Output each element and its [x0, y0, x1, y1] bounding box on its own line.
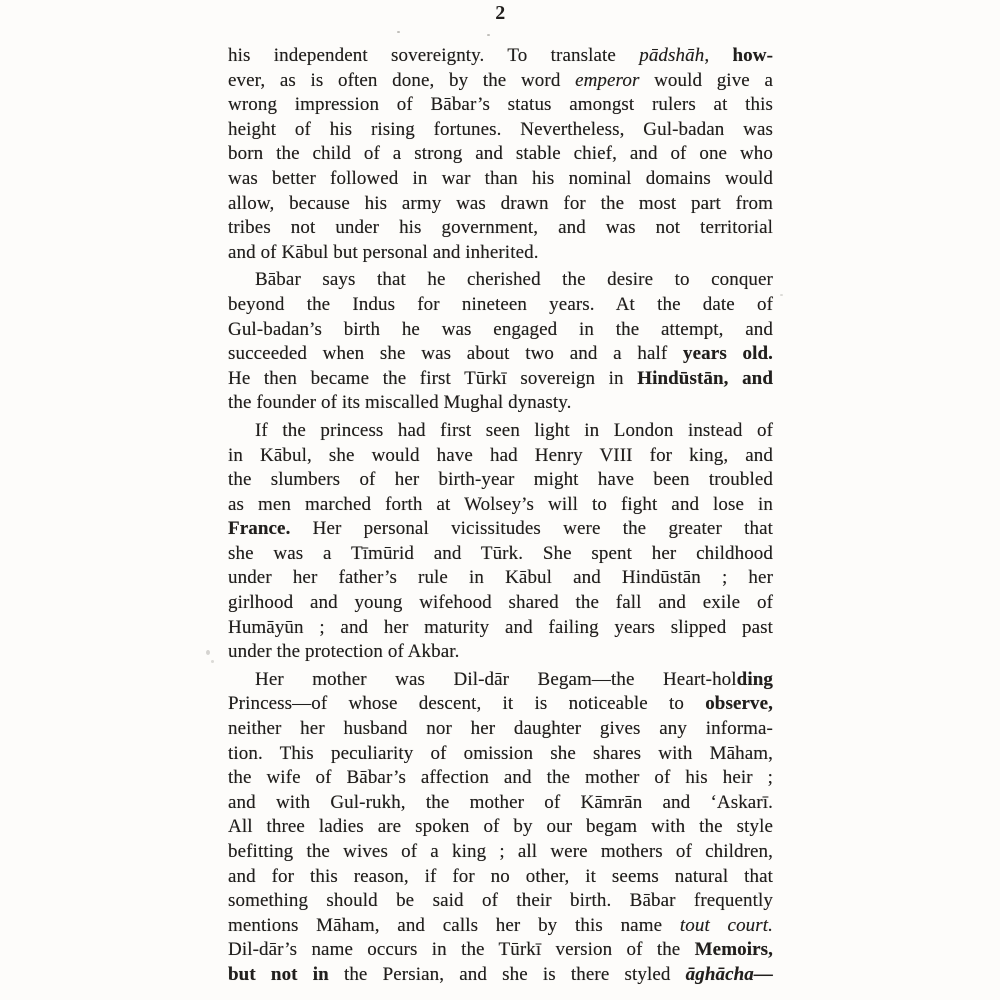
text-segment: the Persian, and she is there styled	[329, 964, 686, 985]
text-segment: Gul-badan’s birth he was engaged in the …	[228, 319, 773, 340]
text-segment: tribes not under his government, and was…	[228, 217, 773, 238]
scan-smudge	[211, 660, 214, 663]
scan-speck	[780, 294, 783, 296]
text-line: neither her husband nor her daughter giv…	[228, 717, 773, 742]
text-line: something should be said of their birth.…	[228, 889, 773, 914]
text-line: tion. This peculiarity of omission she s…	[228, 742, 773, 767]
text-segment: the wife of Bābar’s affection and the mo…	[228, 767, 773, 788]
text-segment: Bābar says that he cherished the desire …	[255, 269, 773, 290]
text-line: and of Kābul but personal and inherited.	[228, 241, 773, 266]
text-line: beyond the Indus for nineteen years. At …	[228, 293, 773, 318]
text-segment: Humāyūn ; and her maturity and failing y…	[228, 617, 773, 638]
text-segment: Princess—of whose descent, it is noticea…	[228, 693, 705, 714]
text-segment: āghācha—	[686, 964, 773, 985]
text-segment: Dil-dār’s name occurs in the Tūrkī versi…	[228, 939, 695, 960]
text-segment: in Kābul, she would have had Henry VIII …	[228, 445, 773, 466]
text-line: and with Gul-rukh, the mother of Kāmrān …	[228, 791, 773, 816]
text-segment: All three ladies are spoken of by our be…	[228, 816, 773, 837]
text-segment: ,	[704, 45, 732, 66]
text-segment: was better followed in war than his nomi…	[228, 168, 773, 189]
scan-smudge	[206, 650, 210, 655]
text-line: Her mother was Dil-dār Begam—the Heart-h…	[228, 668, 773, 693]
text-segment: France.	[228, 518, 290, 539]
text-line: height of his rising fortunes. Neverthel…	[228, 118, 773, 143]
page-number: 2	[228, 2, 773, 25]
paragraph: Bābar says that he cherished the desire …	[228, 268, 773, 416]
text-line: All three ladies are spoken of by our be…	[228, 815, 773, 840]
text-line: Bābar says that he cherished the desire …	[228, 268, 773, 293]
text-line: under her father’s rule in Kābul and Hin…	[228, 566, 773, 591]
text-segment: his independent sovereignty. To translat…	[228, 45, 639, 66]
text-line: France. Her personal vicissitudes were t…	[228, 517, 773, 542]
book-page: 2 his independent sovereignty. To transl…	[0, 0, 1000, 1000]
text-line: Dil-dār’s name occurs in the Tūrkī versi…	[228, 938, 773, 963]
text-segment: befitting the wives of a king ; all were…	[228, 841, 773, 862]
text-segment: and of Kābul but personal and inherited.	[228, 242, 539, 263]
text-segment: something should be said of their birth.…	[228, 890, 773, 911]
text-line: ever, as is often done, by the word empe…	[228, 69, 773, 94]
text-line: Princess—of whose descent, it is noticea…	[228, 692, 773, 717]
text-line: mentions Māham, and calls her by this na…	[228, 914, 773, 939]
text-segment: would give a	[639, 70, 773, 91]
text-segment: He then became the first Tūrkī sovereign…	[228, 368, 637, 389]
text-line: she was a Tīmūrid and Tūrk. She spent he…	[228, 542, 773, 567]
paragraph: If the princess had first seen light in …	[228, 419, 773, 665]
text-line: If the princess had first seen light in …	[228, 419, 773, 444]
text-line: but not in the Persian, and she is there…	[228, 963, 773, 988]
text-segment: Her personal vicissitudes were the great…	[290, 518, 773, 539]
text-segment: girlhood and young wifehood shared the f…	[228, 592, 773, 613]
text-segment: ever, as is often done, by the word	[228, 70, 575, 91]
text-segment: beyond the Indus for nineteen years. At …	[228, 294, 773, 315]
text-line: befitting the wives of a king ; all were…	[228, 840, 773, 865]
text-segment: she was a Tīmūrid and Tūrk. She spent he…	[228, 543, 773, 564]
text-line: succeeded when she was about two and a h…	[228, 342, 773, 367]
text-segment: succeeded when she was about two and a h…	[228, 343, 683, 364]
text-segment: tout court.	[680, 915, 773, 936]
text-line: was better followed in war than his nomi…	[228, 167, 773, 192]
text-segment: neither her husband nor her daughter giv…	[228, 718, 773, 739]
text-segment: tion. This peculiarity of omission she s…	[228, 743, 773, 764]
text-segment: height of his rising fortunes. Neverthel…	[228, 119, 773, 140]
text-segment: ding	[737, 669, 773, 690]
paragraph: Her mother was Dil-dār Begam—the Heart-h…	[228, 668, 773, 988]
scan-speck	[487, 34, 490, 36]
text-segment: Memoirs,	[695, 939, 773, 960]
text-line: the wife of Bābar’s affection and the mo…	[228, 766, 773, 791]
text-segment: but not in	[228, 964, 329, 985]
text-segment: and for this reason, if for no other, it…	[228, 866, 773, 887]
text-segment: as men marched forth at Wolsey’s will to…	[228, 494, 773, 515]
text-segment: under the protection of Akbar.	[228, 641, 459, 662]
text-segment: Hindūstān, and	[637, 368, 773, 389]
text-segment: If the princess had first seen light in …	[255, 420, 773, 441]
scan-speck	[397, 31, 400, 33]
text-segment: wrong impression of Bābar’s status among…	[228, 94, 773, 115]
text-segment: and with Gul-rukh, the mother of Kāmrān …	[228, 792, 773, 813]
text-line: Humāyūn ; and her maturity and failing y…	[228, 616, 773, 641]
text-segment: allow, because his army was drawn for th…	[228, 193, 773, 214]
page-text-block: his independent sovereignty. To translat…	[228, 44, 773, 988]
paragraph: his independent sovereignty. To translat…	[228, 44, 773, 265]
text-line: tribes not under his government, and was…	[228, 216, 773, 241]
text-line: girlhood and young wifehood shared the f…	[228, 591, 773, 616]
text-line: wrong impression of Bābar’s status among…	[228, 93, 773, 118]
text-segment: observe,	[705, 693, 773, 714]
text-line: in Kābul, she would have had Henry VIII …	[228, 444, 773, 469]
text-segment: under her father’s rule in Kābul and Hin…	[228, 567, 773, 588]
text-line: under the protection of Akbar.	[228, 640, 773, 665]
text-segment: years old.	[683, 343, 773, 364]
text-line: and for this reason, if for no other, it…	[228, 865, 773, 890]
text-segment: emperor	[575, 70, 639, 91]
text-line: Gul-badan’s birth he was engaged in the …	[228, 318, 773, 343]
text-line: the slumbers of her birth-year might hav…	[228, 468, 773, 493]
text-line: He then became the first Tūrkī sovereign…	[228, 367, 773, 392]
text-line: allow, because his army was drawn for th…	[228, 192, 773, 217]
text-segment: born the child of a strong and stable ch…	[228, 143, 773, 164]
text-segment: the slumbers of her birth-year might hav…	[228, 469, 773, 490]
text-segment: mentions Māham, and calls her by this na…	[228, 915, 680, 936]
text-segment: pādshāh	[639, 45, 704, 66]
text-segment: the founder of its miscalled Mughal dyna…	[228, 392, 572, 413]
text-line: the founder of its miscalled Mughal dyna…	[228, 391, 773, 416]
text-segment: how-	[732, 45, 773, 66]
text-segment: Her mother was Dil-dār Begam—the Heart-h…	[255, 669, 737, 690]
text-line: his independent sovereignty. To translat…	[228, 44, 773, 69]
text-line: born the child of a strong and stable ch…	[228, 142, 773, 167]
text-line: as men marched forth at Wolsey’s will to…	[228, 493, 773, 518]
